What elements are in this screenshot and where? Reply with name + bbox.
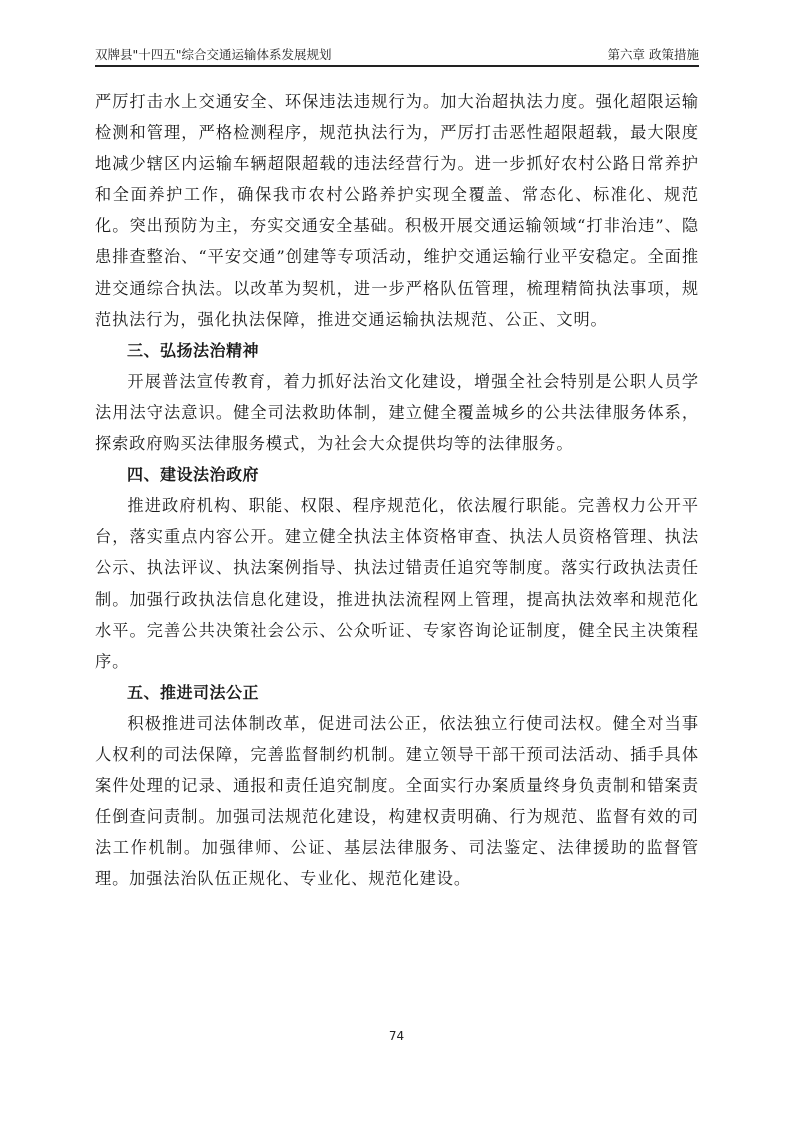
chapter-title: 第六章 政策措施: [608, 47, 699, 63]
page-header: 双牌县"十四五"综合交通运输体系发展规划 第六章 政策措施: [95, 47, 699, 67]
section-heading-3: 三、弘扬法治精神: [95, 335, 699, 366]
body-paragraph: 积极推进司法体制改革，促进司法公正，依法独立行使司法权。健全对当事人权利的司法保…: [95, 708, 699, 895]
body-paragraph: 开展普法宣传教育，着力抓好法治文化建设，增强全社会特别是公职人员学法用法守法意识…: [95, 366, 699, 459]
section-heading-5: 五、推进司法公正: [95, 677, 699, 708]
body-paragraph-continued: 严厉打击水上交通安全、环保违法违规行为。加大治超执法力度。强化超限运输检测和管理…: [95, 86, 699, 335]
body-paragraph: 推进政府机构、职能、权限、程序规范化，依法履行职能。完善权力公开平台，落实重点内…: [95, 490, 699, 677]
page-number: 74: [0, 1029, 793, 1043]
document-title: 双牌县"十四五"综合交通运输体系发展规划: [95, 47, 332, 63]
page-body: 严厉打击水上交通安全、环保违法违规行为。加大治超执法力度。强化超限运输检测和管理…: [95, 86, 699, 894]
section-heading-4: 四、建设法治政府: [95, 459, 699, 490]
